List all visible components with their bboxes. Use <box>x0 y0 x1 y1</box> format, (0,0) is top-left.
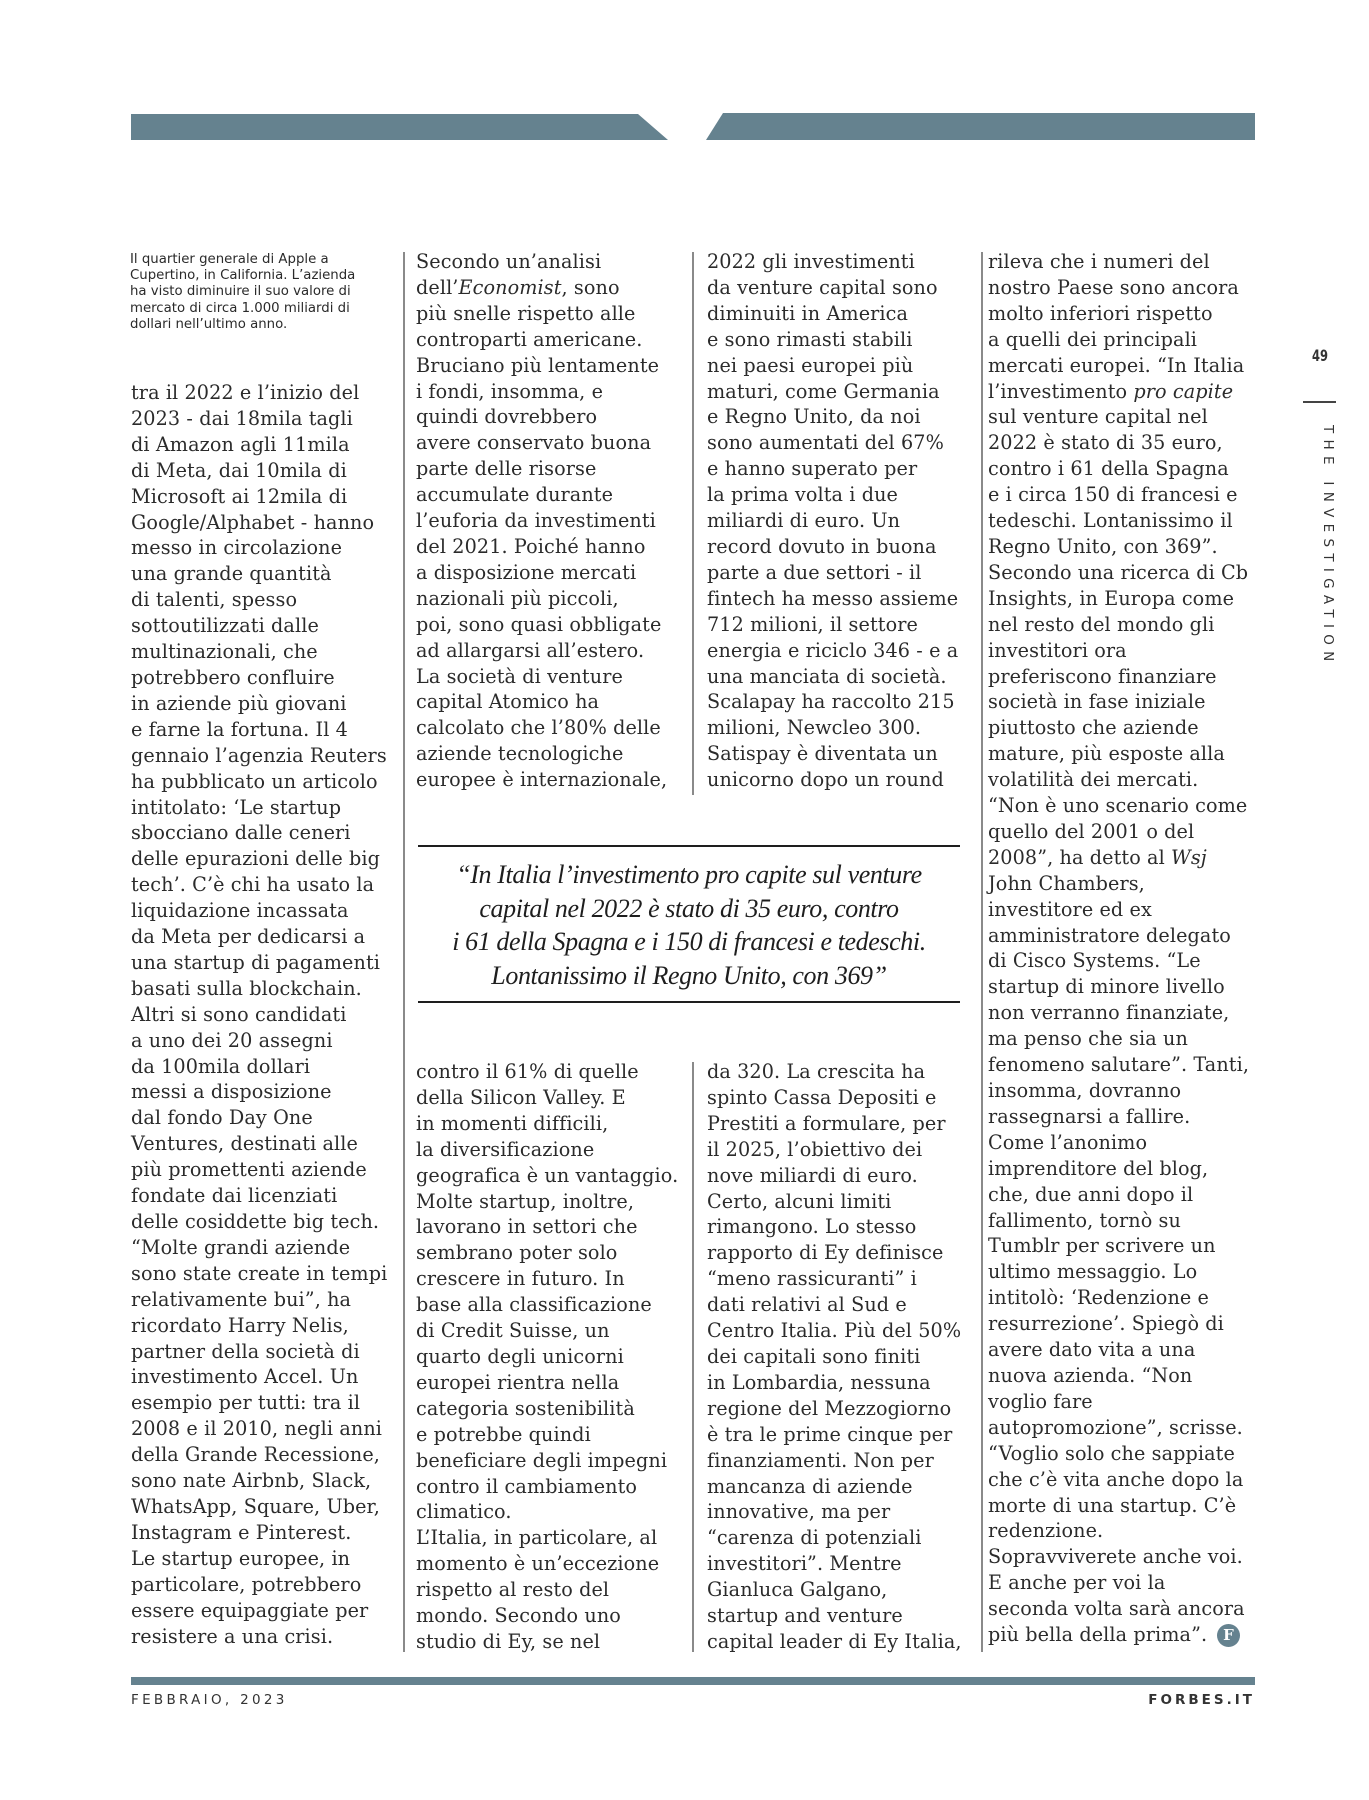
footer-bar <box>131 1677 1255 1685</box>
col4-part-a: rileva che i numeri del nostro Paese son… <box>988 250 1244 377</box>
col2-rest: più snelle rispetto alle controparti ame… <box>416 302 667 791</box>
footer-date: FEBBRAIO, 2023 <box>131 1692 288 1708</box>
column-rule-2-top <box>692 252 694 795</box>
article-column-2-bottom: contro il 61% di quelle della Silicon Va… <box>416 1059 678 1655</box>
section-divider <box>1303 401 1336 403</box>
column-rule-2-bottom <box>692 1062 694 1652</box>
economist-italic: Economist <box>459 276 562 299</box>
top-banner-bars <box>0 0 1369 150</box>
wsj-italic: Wsj <box>1171 846 1207 869</box>
col2-line1: Secondo un’analisi <box>416 250 601 273</box>
pullquote: “In Italia l’investimento pro capite sul… <box>418 858 960 992</box>
pullquote-top-rule <box>418 845 960 847</box>
pro-capite-italic: pro capite <box>1133 380 1233 403</box>
col4-part-d: 2008”, ha detto al <box>988 846 1171 869</box>
pullquote-bottom-rule <box>418 1001 960 1003</box>
section-label: THE INVESTIGATION <box>1320 425 1336 668</box>
column-rule-1 <box>403 252 405 1652</box>
col4-part-b: l’investimento <box>988 380 1133 403</box>
page-number: 49 <box>1308 346 1332 365</box>
forbes-end-mark-icon: F <box>1217 1624 1240 1647</box>
article-column-3-bottom: da 320. La crescita ha spinto Cassa Depo… <box>707 1059 962 1655</box>
col4-part-e: John Chambers, investitore ed ex amminis… <box>988 872 1249 1646</box>
column-rule-3 <box>981 252 983 1652</box>
col2-line2-pre: dell’ <box>416 276 459 299</box>
photo-caption: Il quartier generale di Apple a Cupertin… <box>130 252 395 333</box>
article-column-1: tra il 2022 e l’inizio del 2023 - dai 18… <box>131 380 387 1649</box>
col2-line2-post: , sono <box>562 276 620 299</box>
article-column-4: rileva che i numeri del nostro Paese son… <box>988 249 1249 1648</box>
article-column-2-top: Secondo un’analisi dell’Economist, sono … <box>416 249 667 793</box>
col4-part-c: sul venture capital nel 2022 è stato di … <box>988 405 1248 843</box>
footer-site: FORBES.IT <box>1148 1692 1255 1708</box>
article-column-3-top: 2022 gli investimenti da venture capital… <box>707 249 958 793</box>
